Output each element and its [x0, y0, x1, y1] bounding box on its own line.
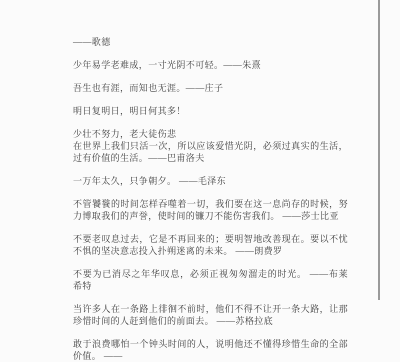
quote-paragraph-longfellow: 不要老叹息过去，它是不再回来的；要明智地改善现在。要以不忧不惧的坚决意志投入扑朔…: [73, 233, 348, 257]
quote-line: 明日复明日，明日何其多！: [73, 105, 348, 117]
quote-line: 吾生也有涯，而知也无涯。——庄子: [73, 82, 348, 94]
quote-paragraph-goethe-attribution: ——歌德: [73, 36, 348, 48]
quote-paragraph-tomorrow-poem: 明日复明日，明日何其多！: [73, 105, 348, 117]
quote-line: 不要老叹息过去，它是不再回来的；要明智地改善现在。要以不忧不惧的坚决意志投入扑朔…: [73, 233, 348, 257]
quotes-text-column: ——歌德 少年易学老难成，一寸光阴不可轻。——朱熹 吾生也有涯，而知也无涯。——…: [73, 36, 348, 300]
quote-paragraph-pavlov: 少壮不努力，老大徒伤悲 在世界上我们只活一次，所以应该爱惜光阴，必须过真实的生活…: [73, 128, 348, 164]
quote-line: 少壮不努力，老大徒伤悲: [73, 128, 348, 140]
quote-paragraph-mao: 一万年太久，只争朝夕。 ——毛泽东: [73, 175, 348, 187]
quote-paragraph-zhuangzi: 吾生也有涯，而知也无涯。——庄子: [73, 82, 348, 94]
page-edge-divider: [378, 0, 380, 300]
quote-line: 不要为已消尽之年华叹息，必须正视匆匆溜走的时光。 ——布莱希特: [73, 268, 348, 292]
quote-paragraph-brecht: 不要为已消尽之年华叹息，必须正视匆匆溜走的时光。 ——布莱希特: [73, 268, 348, 292]
quote-line: ——歌德: [73, 36, 348, 48]
quote-line: 不管饕餮的时间怎样吞噬着一切，我们要在这一息尚存的时候，努力博取我们的声誉，使时…: [73, 198, 348, 222]
quote-line: 少年易学老难成，一寸光阴不可轻。——朱熹: [73, 59, 348, 71]
quote-paragraph-shakespeare: 不管饕餮的时间怎样吞噬着一切，我们要在这一息尚存的时候，努力博取我们的声誉，使时…: [73, 198, 348, 222]
quote-line: 一万年太久，只争朝夕。 ——毛泽东: [73, 175, 348, 187]
quote-line: 在世界上我们只活一次，所以应该爱惜光阴，必须过真实的生活，过有价值的生活。——巴…: [73, 140, 348, 164]
quote-paragraph-zhuxi: 少年易学老难成，一寸光阴不可轻。——朱熹: [73, 59, 348, 71]
document-page: ——歌德 少年易学老难成，一寸光阴不可轻。——朱熹 吾生也有涯，而知也无涯。——…: [0, 0, 400, 300]
